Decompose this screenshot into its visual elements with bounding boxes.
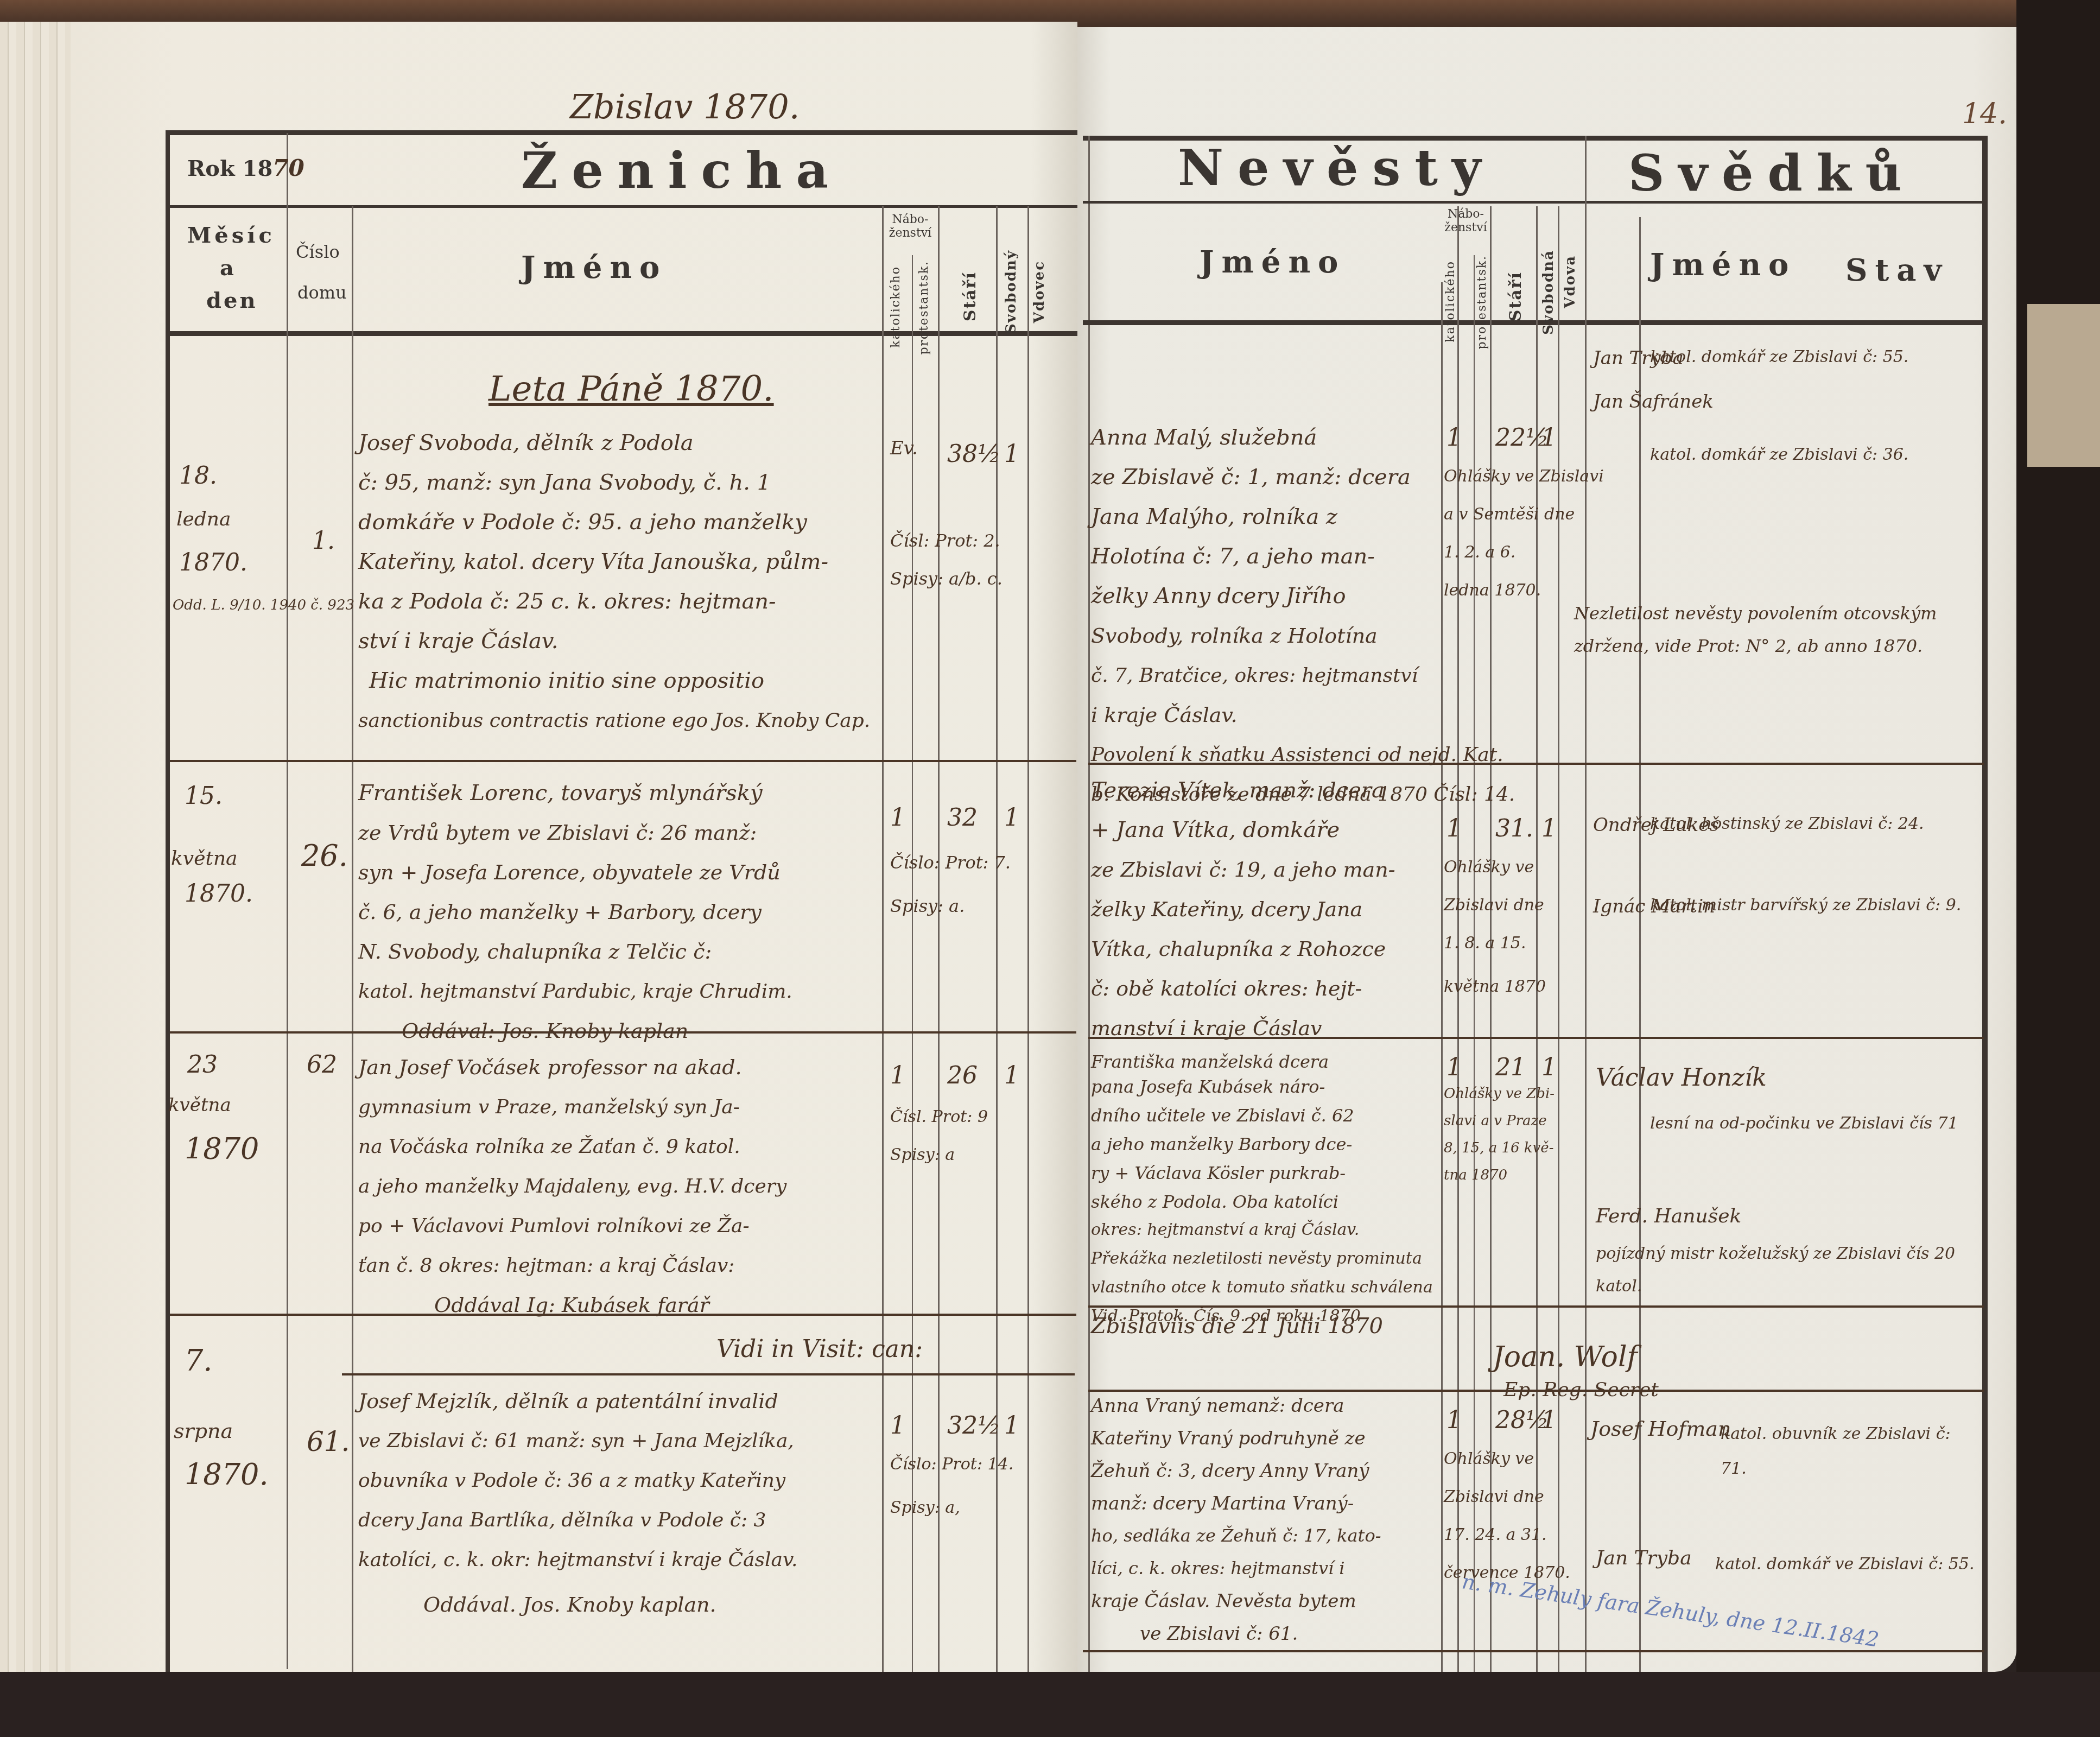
entry-4-groom-0: Josef Mejzlík, dělník a patentální inval… (358, 1381, 778, 1421)
entry-4-house: 61. (307, 1422, 350, 1462)
and-label: a (220, 255, 234, 281)
entry-1-groom-0: Josef Svoboda, dělník z Podola (358, 423, 694, 463)
bride-age-header: Stáří (1506, 271, 1525, 321)
entry-3-groom-4: po + Václavovi Pumlovi rolníkovi ze Ža- (358, 1206, 750, 1246)
day-label: den (206, 288, 258, 313)
entry-1-remark: Nezletilost nevěsty povolením otcovským … (1574, 597, 1976, 662)
entry-3-witness-2-status: pojízdný mistr koželužský ze Zbislavi čí… (1596, 1238, 1976, 1303)
entry-1-groom-7: sanctionibus contractis ratione ego Jos.… (358, 701, 870, 740)
entry-1-year: 1870. (179, 543, 248, 582)
entry-3-witness-1-status: lesní na od-počinku ve Zbislavi čís 71 (1650, 1107, 1976, 1140)
page-stack-edge (0, 22, 71, 1672)
witness-name-header: Jméno (1650, 247, 1796, 283)
header-divider-left (166, 205, 1077, 208)
entry-1-month: ledna (176, 499, 231, 539)
groom-catholic-header: katolického (889, 266, 903, 348)
entry-1-bride-6: č. 7, Bratčice, okres: hejtmanství (1091, 656, 1418, 695)
entry-4-groom-single: 1 (1004, 1406, 1019, 1446)
groom-religion-header: Nábo-ženství (886, 213, 935, 240)
entry-1-bride-7: i kraje Čáslav. (1091, 695, 1238, 735)
entry-2-day: 15. (185, 776, 223, 816)
entry-3-bride-1: pana Josefa Kubásek náro- (1091, 1076, 1325, 1097)
entry-1-day: 18. (179, 456, 217, 496)
entry-4-bride-5: líci, c. k. okres: hejtmanství i (1091, 1558, 1345, 1578)
groom-protestant-header: protestantsk. (917, 261, 931, 355)
entry-1-bride-age: 22½ (1495, 418, 1549, 458)
entry-1-groom-1: č: 95, manž: syn Jana Svobody, č. h. 1 (358, 463, 771, 503)
entry-4-groom-2: obuvníka v Podole č: 36 a z matky Kateři… (358, 1461, 785, 1500)
entry-3-banns-1: slavi a v Praze (1444, 1113, 1547, 1129)
entry-3-bride-8: vlastního otce k tomuto sňatku schválena (1091, 1278, 1433, 1297)
entry-4-groom-3: dcery Jana Bartlíka, dělníka v Podole č:… (358, 1500, 766, 1540)
entry-4-bride-6: kraje Čáslav. Nevěsta bytem (1091, 1590, 1356, 1612)
entry-2-groom-prot: Číslo: Prot: 7. (890, 852, 1011, 873)
entry-3-groom-3: a jeho manželky Majdaleny, evg. H.V. dce… (358, 1167, 786, 1206)
entry-4-bride-single: 1 (1541, 1400, 1557, 1440)
entry-4-bride-1: Kateřiny Vraný podruhyně ze (1091, 1428, 1366, 1449)
entry-4-groom-1: ve Zbislavi č: 61 manž: syn + Jana Mejzl… (358, 1421, 794, 1461)
groom-section-title: Ženicha (521, 141, 842, 200)
col-line (352, 206, 353, 1672)
entry-1-groom-5: ství i kraje Čáslav. (358, 622, 558, 661)
entry-2-banns-2: 1. 8. a 15. (1444, 934, 1526, 953)
bride-religion-header: Nábo-ženství (1443, 207, 1489, 234)
entry-1-groom-6: Hic matrimonio initio sine oppositio (369, 661, 764, 701)
entry-1-bride-4: želky Anny dcery Jiřího (1091, 576, 1346, 616)
entry-3-banns-2: 8, 15, a 16 kvě- (1444, 1140, 1553, 1156)
entry-4-groom-spisy: Spisy: a, (890, 1498, 960, 1517)
col-line (1558, 206, 1559, 1672)
bride-widow-header: Vdova (1562, 255, 1578, 308)
entry-1-groom-age: 38½ (947, 434, 1001, 474)
entry-divider (1088, 763, 1984, 765)
witness-section-title: Svědků (1628, 144, 1915, 202)
entry-4-witness-1-status: katol. obuvník ze Zbislavi č: 71. (1721, 1417, 1981, 1486)
entry-2-year: 1870. (185, 874, 253, 914)
entry-4-witness-2-name: Jan Tryba (1596, 1547, 1692, 1569)
entry-3-groom-religion: 1 (890, 1056, 905, 1095)
entry-4-bride-7: ve Zbislavi č: 61. (1140, 1623, 1298, 1645)
entry-3-banns-0: Ohlášky ve Zbi- (1444, 1086, 1555, 1102)
entry-1-witness-2-status: katol. domkář ze Zbislavi č: 36. (1650, 445, 1976, 464)
entry-1-bride-8: Povolení k sňatku Assistenci od nejd. Ka… (1091, 735, 1503, 775)
entry-2-groom-4: N. Svobody, chalupníka z Telčic č: (358, 932, 712, 972)
groom-name-header: Jméno (521, 250, 667, 286)
entry-3-bride-6: okres: hejtmanství a kraj Čáslav. (1091, 1220, 1359, 1239)
table-left-border (166, 130, 170, 1672)
entry-1-bride-3: Holotína č: 7, a jeho man- (1091, 537, 1375, 576)
entry-3-groom-5: ťan č. 8 okres: hejtman: a kraj Čáslav: (358, 1246, 734, 1285)
entry-1-groom-4: ka z Podola č: 25 c. k. okres: hejtman- (358, 582, 776, 622)
table-top-border-left (166, 130, 1077, 135)
col-line (1027, 206, 1029, 1672)
entry-4-day: 7. (185, 1341, 213, 1380)
month-label: Měsíc (187, 223, 275, 248)
entry-1-note-left: Odd. L. 9/10. 1940 č. 923 (173, 597, 354, 613)
entry-4-bride-4: ho, sedláka ze Žehuň č: 17, kato- (1091, 1525, 1381, 1546)
book-binding-bottom (0, 1672, 2100, 1737)
bride-single-header: Svobodná (1540, 250, 1557, 335)
entry-4-witness-2-status: katol. domkář ve Zbislavi č: 55. (1715, 1547, 1976, 1582)
entry-3-groom-spisy: Spisy: a (890, 1145, 955, 1164)
entry-3-bride-7: Překážka nezletilosti nevěsty prominuta (1091, 1249, 1422, 1268)
header-bottom-left (166, 331, 1077, 336)
section-heading: Leta Páně 1870. (488, 369, 774, 409)
entry-2-groom-religion: 1 (890, 798, 905, 838)
entry-2-witness-2-status: katol. mistr barvířský ze Zbislavi č: 9. (1650, 896, 1976, 915)
entry-2-banns-1: Zbislavi dne (1444, 896, 1544, 915)
entry-4-banns-1: Zbislavi dne (1444, 1487, 1544, 1506)
entry-4-bride-age: 28½ (1495, 1400, 1549, 1440)
entry-3-banns-3: tna 1870 (1444, 1167, 1507, 1183)
col-line (882, 206, 884, 1672)
groom-single-header: Svobodný (1003, 250, 1019, 334)
entry-1-bride-0: Anna Malý, služebná (1091, 418, 1317, 458)
entry-2-bride-single: 1 (1541, 809, 1557, 848)
entry-2-groom-single: 1 (1004, 798, 1019, 838)
witness-status-header: Stav (1845, 252, 1949, 288)
entry-3-bride-2: dního učitele ve Zbislavi č. 62 (1091, 1105, 1354, 1126)
groom-age-header: Stáří (961, 271, 980, 321)
entry-3-bride-religion: 1 (1446, 1048, 1462, 1087)
entry-1-groom-religion: Ev. (890, 429, 918, 468)
visitation-note: Vidi in Visit: can: (716, 1335, 923, 1363)
bride-section-title: Nevěsty (1178, 138, 1495, 197)
entry-2-house: 26. (301, 836, 348, 876)
entry-1-witness-2-name: Jan Šafránek (1593, 391, 1714, 413)
entry-4-groom-prot: Číslo: Prot: 14. (890, 1455, 1013, 1474)
col-line (1585, 136, 1587, 1672)
book-edge-right (2016, 0, 2100, 1737)
entry-1-witness-1-status: katol. domkář ze Zbislavi č: 55. (1650, 347, 1976, 366)
entry-1-banns-0: Ohlášky ve Zbislavi (1444, 467, 1604, 486)
entry-1-bride-single: 1 (1541, 418, 1557, 458)
entry-2-groom-3: č. 6, a jeho manželky + Barbory, dcery (358, 892, 762, 932)
bride-catholic-header: katolického (1444, 261, 1457, 343)
entry-divider (1088, 1390, 1984, 1392)
entry-2-groom-5: katol. hejtmanství Pardubic, kraje Chrud… (358, 972, 792, 1011)
entry-4-groom-4: katolíci, c. k. okr: hejtmanství i kraje… (358, 1540, 798, 1580)
entry-3-bride-age: 21 (1495, 1048, 1526, 1087)
entry-4-month: srpna (174, 1411, 233, 1451)
entry-divider (170, 1314, 1076, 1316)
entry-2-banns-0: Ohlášky ve (1444, 858, 1534, 877)
entry-1-bride-2: Jana Malýho, rolníka z (1091, 497, 1337, 537)
year-handwritten: 70 (272, 155, 304, 181)
entry-2-bride-age: 31. (1495, 809, 1533, 848)
entry-4-bride-2: Žehuň č: 3, dcery Anny Vraný (1091, 1460, 1369, 1482)
entry-2-bride-4: Vítka, chalupníka z Rohozce (1091, 929, 1386, 969)
entry-3-groom-prot: Čísl. Prot: 9 (890, 1107, 988, 1126)
entry-4-bride-3: manž: dcery Martina Vraný- (1091, 1493, 1354, 1514)
entry-4-year: 1870. (185, 1455, 269, 1494)
visitation-place-date: Zbislaviis die 21 Julii 1870 (1091, 1314, 1383, 1339)
entry-2-groom-age: 32 (947, 798, 978, 838)
entry-2-groom-2: syn + Josefa Lorence, obyvatele ze Vrdů (358, 853, 781, 892)
entry-3-groom-0: Jan Josef Vočásek professor na akad. (358, 1048, 742, 1087)
entry-3-groom-2: na Vočáska rolníka ze Žaťan č. 9 katol. (358, 1127, 740, 1167)
entry-4-groom-5: Oddával. Jos. Knoby kaplan. (423, 1585, 716, 1625)
entry-4-groom-religion: 1 (890, 1406, 905, 1446)
entry-4-bride-religion: 1 (1446, 1400, 1462, 1440)
entry-1-banns-3: ledna 1870. (1444, 581, 1541, 600)
entry-divider (1083, 1650, 1984, 1652)
bride-name-header: Jméno (1200, 244, 1346, 280)
entry-3-house: 62 (307, 1045, 337, 1085)
entry-3-month: května (168, 1086, 231, 1125)
entry-1-groom-3: Kateřiny, katol. dcery Víta Janouška, pů… (358, 542, 828, 582)
place-year-heading: Zbislav 1870. (570, 87, 800, 126)
entry-2-bride-6: manství i kraje Čáslav (1091, 1009, 1322, 1048)
entry-4-groom-age: 32½ (947, 1406, 1001, 1446)
entry-3-groom-6: Oddával Ig: Kubásek farář (434, 1285, 709, 1325)
entry-3-bride-3: a jeho manželky Barbory dce- (1091, 1134, 1352, 1155)
entry-1-banns-2: 1. 2. a 6. (1444, 543, 1515, 562)
entry-3-day: 23 (187, 1045, 218, 1085)
entry-1-bride-5: Svobody, rolníka z Holotína (1091, 616, 1378, 656)
entry-2-bride-3: želky Kateřiny, dcery Jana (1091, 890, 1362, 929)
entry-3-bride-5: ského z Podola. Oba katolíci (1091, 1191, 1338, 1212)
entry-1-banns-1: a v Semtěši dne (1444, 505, 1575, 524)
entry-2-bride-0: Terezie Vítek, manž: dcera (1091, 771, 1385, 810)
entry-3-bride-single: 1 (1541, 1048, 1557, 1087)
index-tab (2027, 304, 2100, 467)
entry-2-groom-1: ze Vrdů bytem ve Zbislavi č: 26 manž: (358, 813, 757, 853)
entry-4-banns-2: 17. 24. a 31. (1444, 1525, 1547, 1544)
entry-3-groom-age: 26 (947, 1056, 978, 1095)
visitation-signature: Joan. Wolf (1493, 1341, 1638, 1373)
entry-divider (170, 1031, 1076, 1034)
groom-widower-header: Vdovec (1031, 261, 1048, 323)
entry-3-year: 1870 (185, 1129, 259, 1169)
entry-2-bride-2: ze Zbislavi č: 19, a jeho man- (1091, 850, 1395, 890)
entry-divider (342, 1373, 1075, 1375)
entry-3-witness-2-name: Ferd. Hanušek (1596, 1205, 1741, 1227)
entry-2-groom-0: František Lorenc, tovaryš mlynářský (358, 774, 763, 813)
entry-1-bride-1: ze Zbislavě č: 1, manž: dcera (1091, 458, 1411, 497)
col-line (287, 133, 288, 1669)
bride-protestant-header: protestantsk. (1475, 255, 1489, 350)
header-bottom-right (1083, 320, 1984, 325)
table-right-border (1982, 136, 1988, 1672)
entry-2-bride-1: + Jana Vítka, domkáře (1091, 810, 1340, 850)
entry-2-banns-3: května 1870 (1444, 977, 1546, 996)
year-label: Rok 1870 (187, 155, 304, 181)
entry-4-banns-0: Ohlášky ve (1444, 1449, 1534, 1468)
entry-divider (1088, 1037, 1984, 1039)
entry-3-groom-single: 1 (1004, 1056, 1019, 1095)
entry-3-bride-0: Františka manželská dcera (1091, 1048, 1329, 1076)
entry-2-month: května (171, 839, 238, 878)
entry-1-groom-single: 1 (1004, 434, 1019, 474)
entry-2-bride-5: č: obě katolíci okres: hejt- (1091, 969, 1362, 1009)
entry-4-bride-0: Anna Vraný nemanž: dcera (1091, 1395, 1344, 1417)
entry-1-groom-prot: Čísl: Prot: 2. (890, 521, 1000, 561)
house-label-2: domu (297, 282, 347, 303)
page-number: 14. (1962, 98, 2007, 130)
entry-3-groom-1: gymnasium v Praze, manželský syn Ja- (358, 1087, 740, 1127)
col-line (996, 206, 998, 1672)
col-line (1441, 282, 1443, 1672)
entry-2-groom-spisy: Spisy: a. (890, 896, 965, 916)
entry-1-house: 1. (312, 521, 335, 561)
entry-2-bride-religion: 1 (1446, 809, 1462, 848)
col-line (1088, 136, 1090, 1672)
col-line (938, 206, 940, 1672)
entry-2-witness-1-status: katol. hostinský ze Zbislavi č: 24. (1650, 814, 1976, 833)
entry-3-bride-4: ry + Václava Kösler purkrab- (1091, 1163, 1346, 1183)
year-label-text: Rok 18 (187, 156, 272, 181)
entry-1-groom-2: domkáře v Podole č: 95. a jeho manželky (358, 503, 807, 542)
entry-divider (1088, 1305, 1984, 1308)
entry-1-groom-spisy: Spisy: a/b. c. (890, 559, 1003, 599)
entry-4-witness-1-name: Josef Hofman (1590, 1417, 1731, 1441)
col-line (1639, 217, 1641, 1672)
entry-divider (170, 760, 1076, 762)
entry-1-bride-religion: 1 (1446, 418, 1462, 458)
house-label-1: Číslo (296, 242, 340, 262)
entry-3-witness-1-name: Václav Honzík (1596, 1064, 1767, 1092)
